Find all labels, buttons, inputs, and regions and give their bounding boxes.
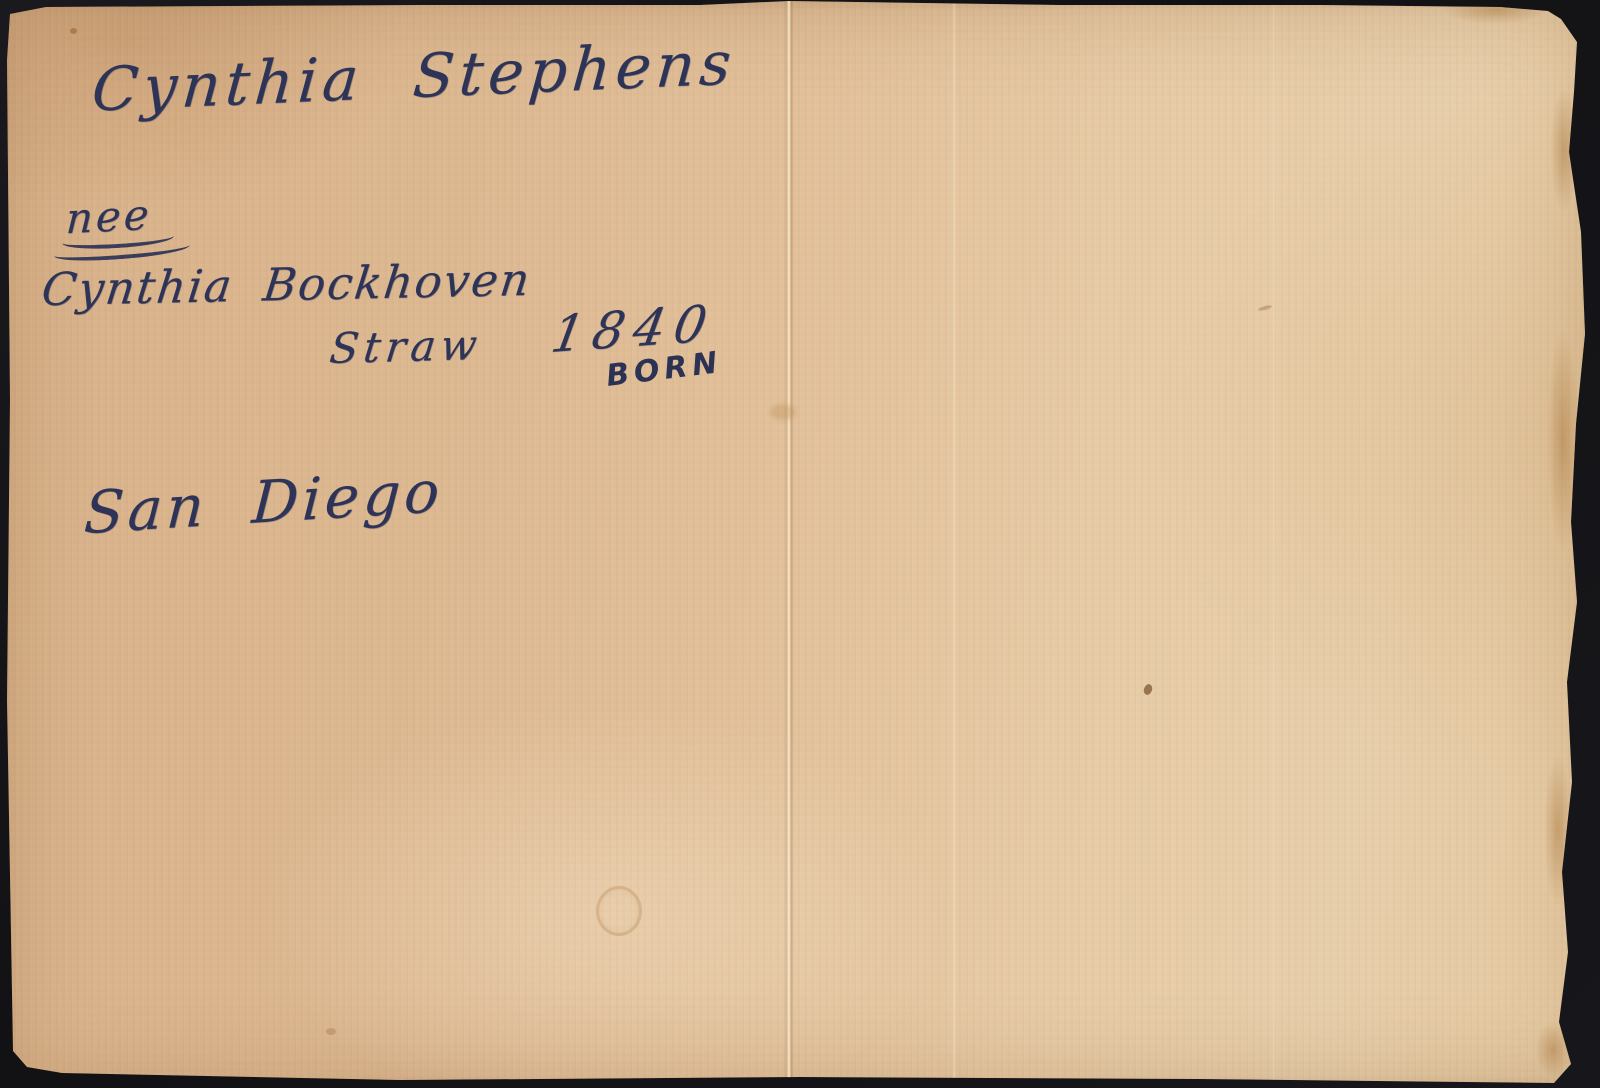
handwritten-name: Cynthia Stephens: [89, 28, 738, 125]
faint-smudge: [770, 404, 796, 420]
paper-streak: [952, 0, 956, 1088]
torn-edge-stain: [1420, 0, 1570, 30]
brown-speck: [326, 1028, 336, 1035]
torn-edge-stain: [1544, 60, 1584, 240]
torn-edge-stain: [1540, 280, 1586, 600]
handwritten-maiden-name: Cynthia Bockhoven: [39, 253, 534, 316]
torn-edge-stain: [1528, 1010, 1578, 1088]
ring-stain: [596, 886, 642, 936]
brown-speck: [70, 28, 77, 34]
handwritten-surname: Straw: [327, 320, 484, 373]
handwritten-place: San Diego: [82, 457, 445, 547]
paper-grain-texture: [0, 0, 1600, 1088]
aged-paper-card: Cynthia Stephens nee Cynthia Bockhoven S…: [0, 0, 1600, 1088]
brown-speck: [1258, 304, 1273, 311]
vertical-fold-crease: [784, 0, 794, 1088]
torn-edge-stain: [1538, 720, 1578, 940]
brown-speck: [1142, 683, 1153, 696]
photo-backdrop: Cynthia Stephens nee Cynthia Bockhoven S…: [0, 0, 1600, 1088]
paper-streak: [1272, 0, 1276, 1088]
